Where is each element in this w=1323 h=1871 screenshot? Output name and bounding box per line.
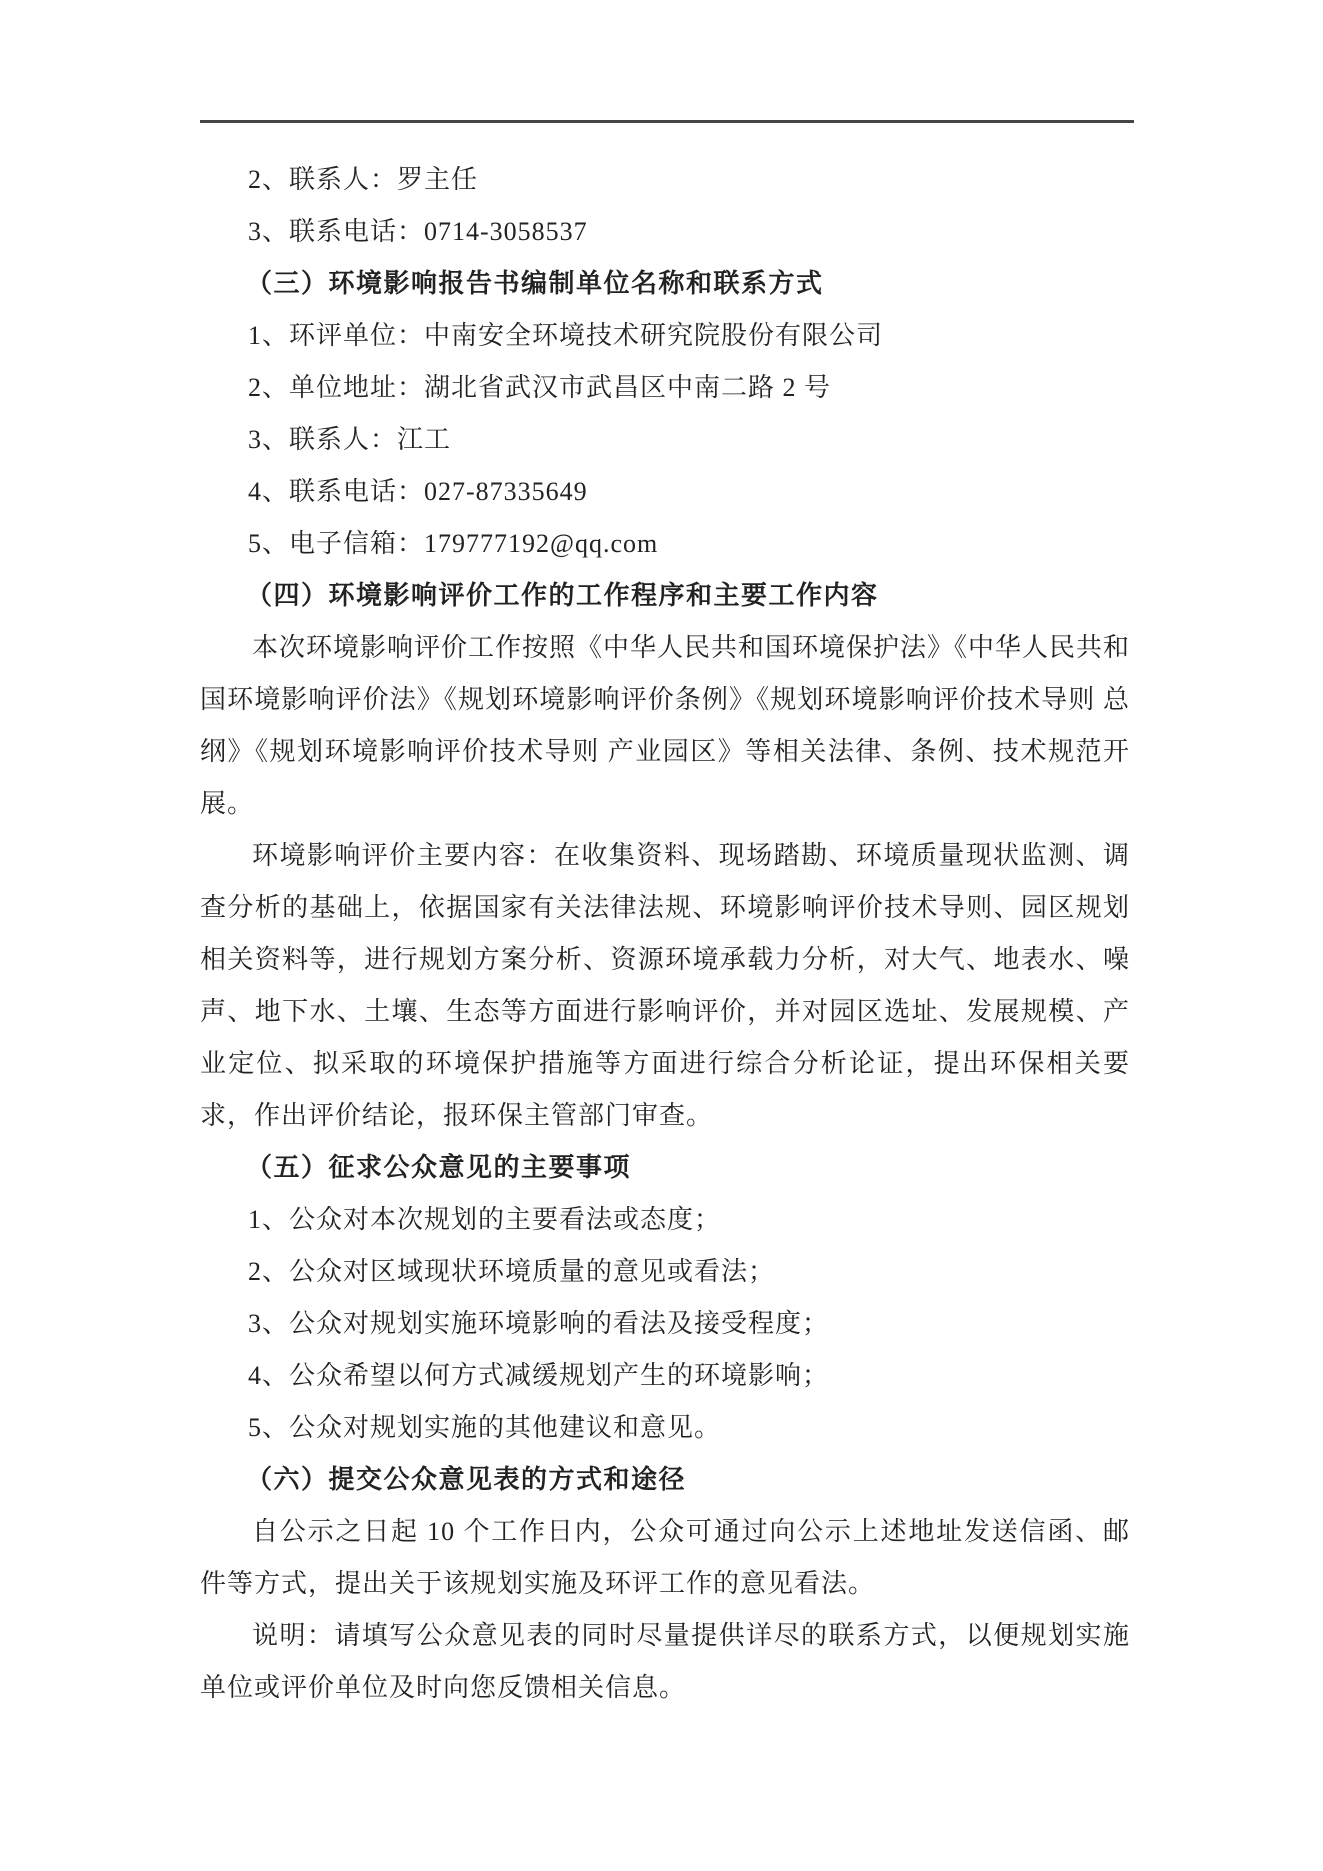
paragraph: 说明：请填写公众意见表的同时尽量提供详尽的联系方式，以便规划实施单位或评价单位及… (200, 1610, 1130, 1714)
list-item: 2、公众对区域现状环境质量的意见或看法； (200, 1246, 1130, 1298)
section-heading: （四）环境影响评价工作的工作程序和主要工作内容 (200, 570, 1130, 622)
list-item: 3、联系人：江工 (200, 414, 1130, 466)
document-body: 2、联系人：罗主任3、联系电话：0714-3058537（三）环境影响报告书编制… (200, 154, 1130, 1714)
list-item: 2、单位地址：湖北省武汉市武昌区中南二路 2 号 (200, 362, 1130, 414)
paragraph: 本次环境影响评价工作按照《中华人民共和国环境保护法》《中华人民共和国环境影响评价… (200, 622, 1130, 830)
list-item: 1、环评单位：中南安全环境技术研究院股份有限公司 (200, 310, 1130, 362)
list-item: 4、联系电话：027-87335649 (200, 466, 1130, 518)
list-item: 1、公众对本次规划的主要看法或态度； (200, 1194, 1130, 1246)
list-item: 5、电子信箱：179777192@qq.com (200, 518, 1130, 570)
document-page: 2、联系人：罗主任3、联系电话：0714-3058537（三）环境影响报告书编制… (0, 0, 1323, 1871)
paragraph: 自公示之日起 10 个工作日内，公众可通过向公示上述地址发送信函、邮件等方式，提… (200, 1506, 1130, 1610)
section-heading: （六）提交公众意见表的方式和途径 (200, 1454, 1130, 1506)
list-item: 2、联系人：罗主任 (200, 154, 1130, 206)
list-item: 3、联系电话：0714-3058537 (200, 206, 1130, 258)
paragraph: 环境影响评价主要内容：在收集资料、现场踏勘、环境质量现状监测、调查分析的基础上，… (200, 830, 1130, 1142)
list-item: 4、公众希望以何方式减缓规划产生的环境影响； (200, 1350, 1130, 1402)
section-heading: （三）环境影响报告书编制单位名称和联系方式 (200, 258, 1130, 310)
header-rule (200, 120, 1134, 123)
section-heading: （五）征求公众意见的主要事项 (200, 1142, 1130, 1194)
list-item: 3、公众对规划实施环境影响的看法及接受程度； (200, 1298, 1130, 1350)
list-item: 5、公众对规划实施的其他建议和意见。 (200, 1402, 1130, 1454)
